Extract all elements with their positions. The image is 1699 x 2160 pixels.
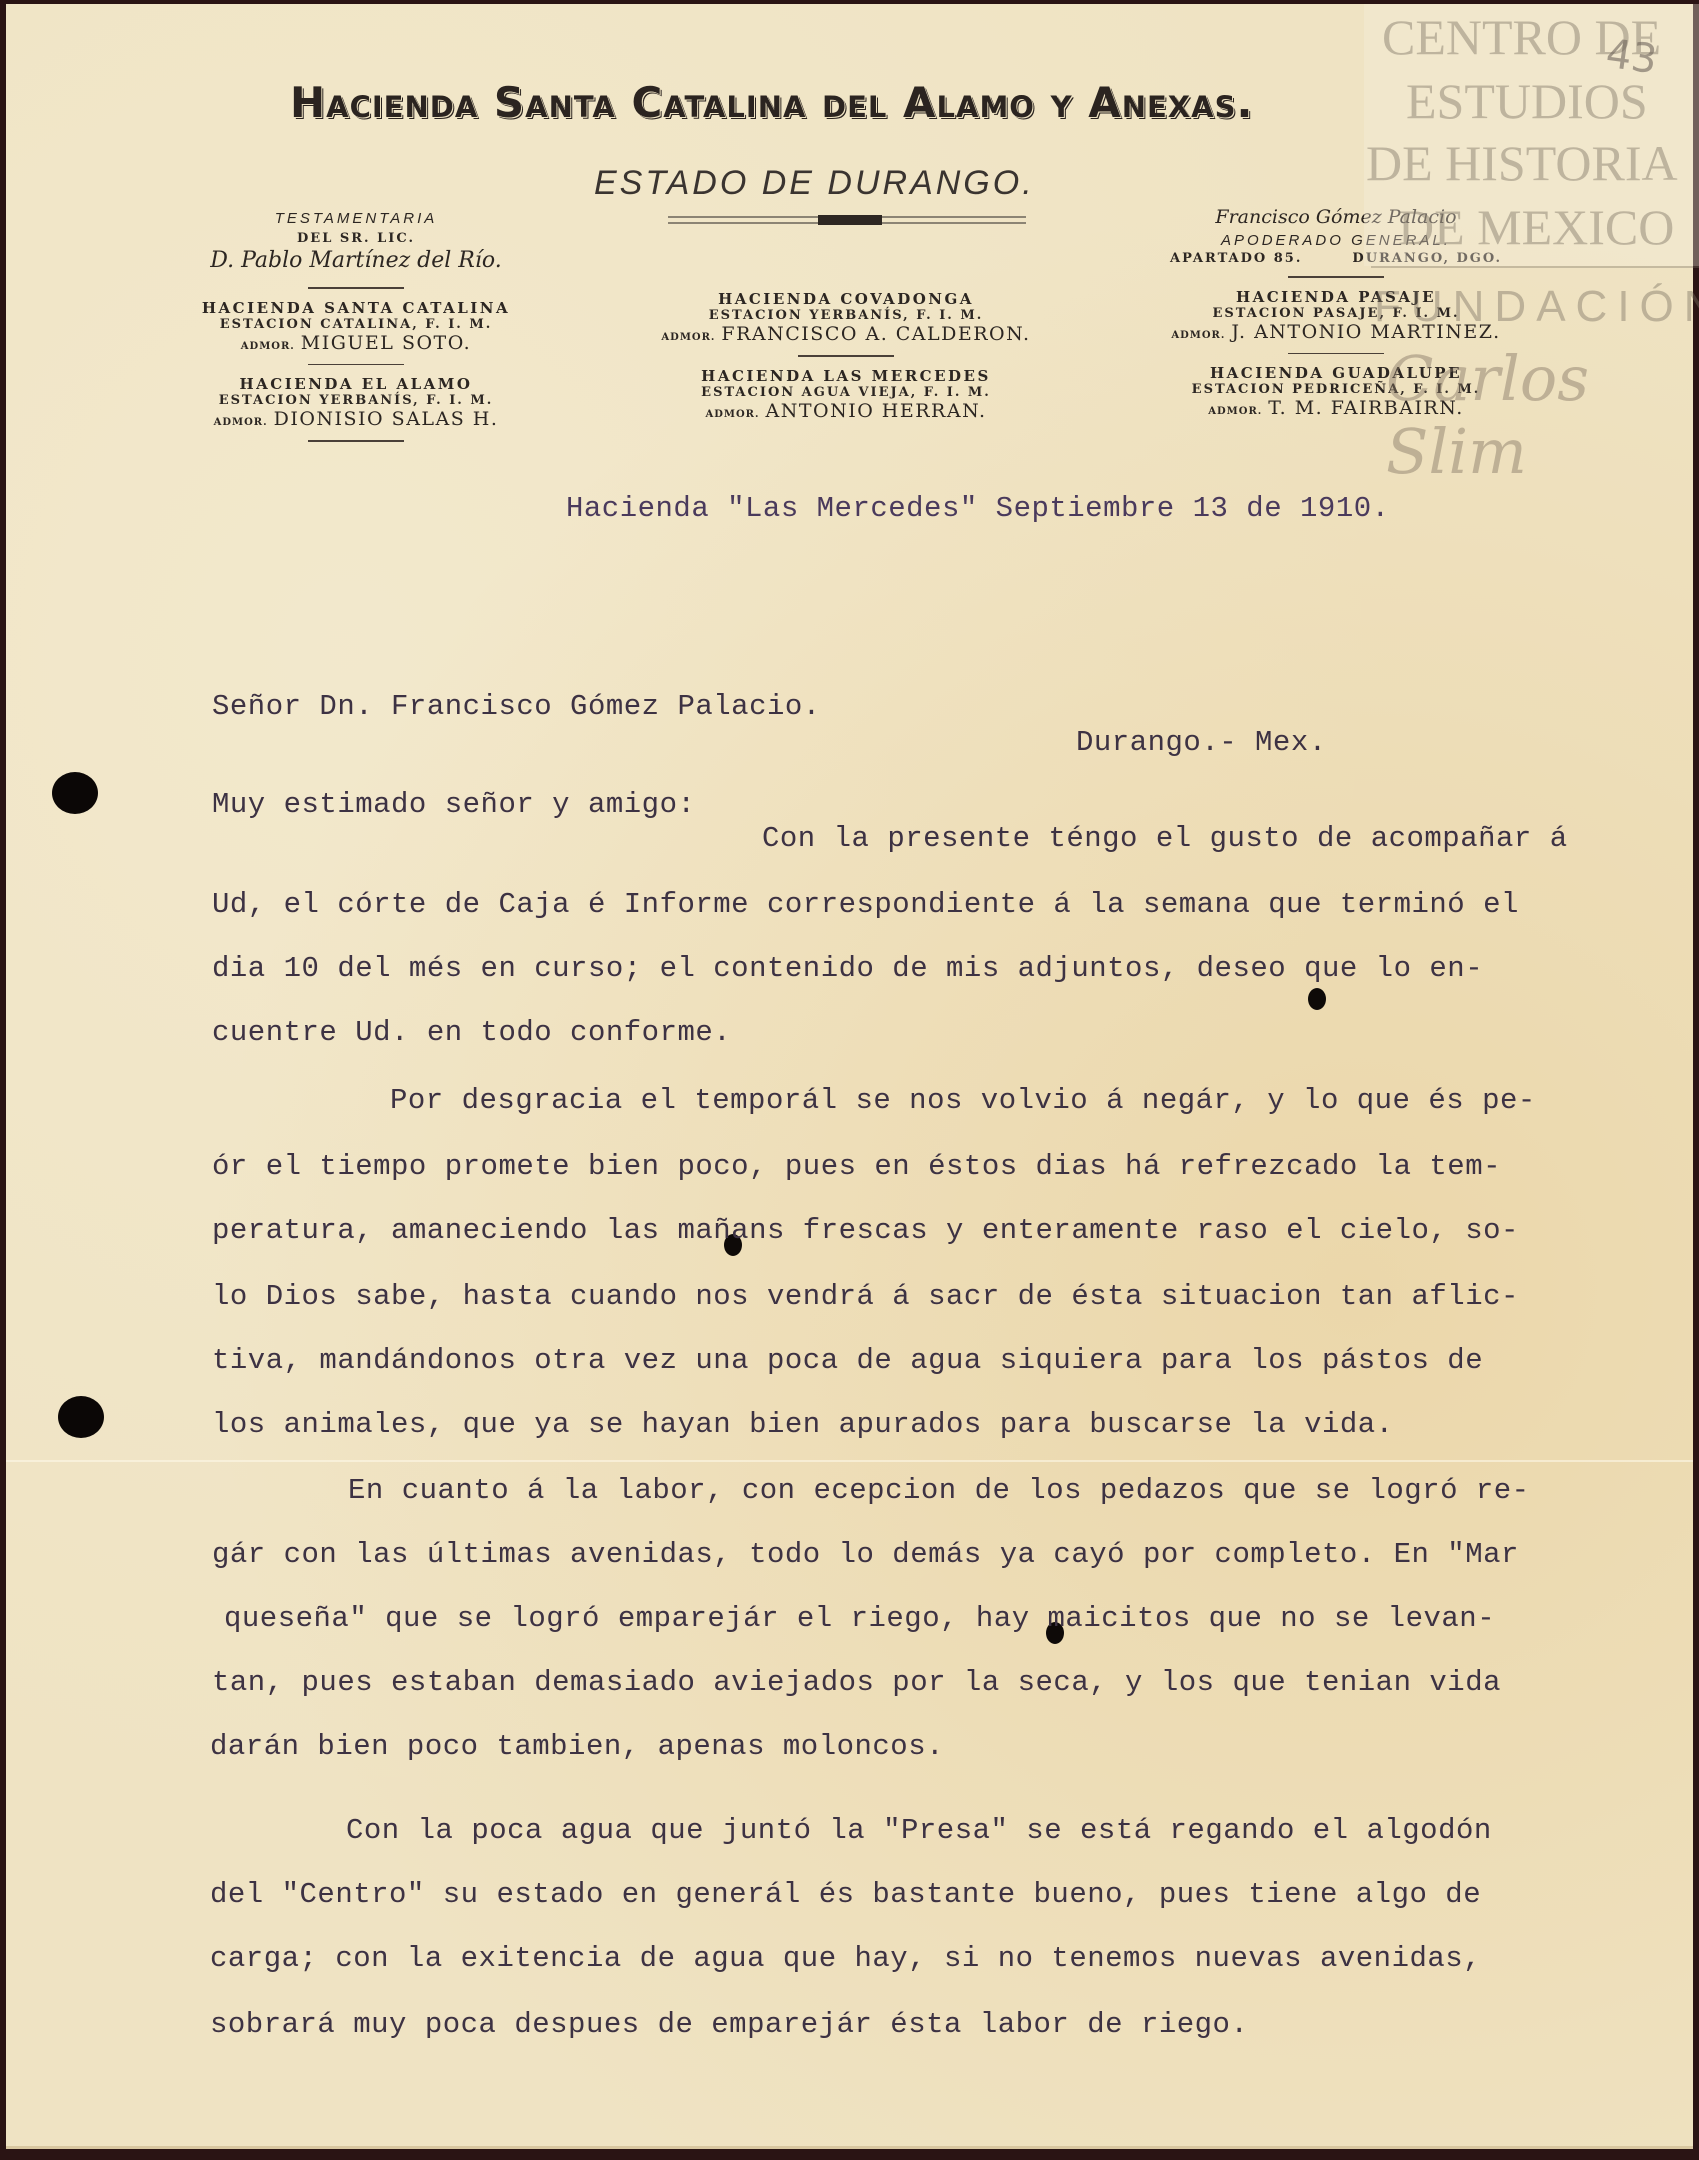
body-line: Con la poca agua que juntó la "Presa" se…: [346, 1814, 1492, 1847]
recipient-city: Durango.- Mex.: [1076, 726, 1327, 759]
body-line: sobrará muy poca despues de emparejár és…: [210, 2008, 1248, 2041]
hacienda-name: HACIENDA SANTA CATALINA: [176, 299, 536, 317]
body-line: gár con las últimas avenidas, todo lo de…: [212, 1538, 1519, 1571]
hacienda-admin: ADMOR.MIGUEL SOTO.: [176, 332, 536, 354]
recipient-name: Señor Dn. Francisco Gómez Palacio.: [212, 690, 821, 723]
letterhead-title: Hacienda Santa Catalina del Alamo y Anex…: [290, 78, 1410, 127]
testamentaria-subheading: DEL SR. LIC.: [176, 231, 536, 246]
watermark-line: DE MEXICO: [1398, 198, 1674, 256]
hacienda-name: HACIENDA EL ALAMO: [176, 375, 536, 393]
handwritten-page-number: 43: [1603, 31, 1660, 84]
punch-hole: [52, 772, 98, 814]
punch-hole: [58, 1396, 104, 1438]
body-line: ór el tiempo promete bien poco, pues en …: [212, 1150, 1501, 1183]
ink-spot: [1308, 988, 1326, 1010]
letterhead-state: ESTADO DE DURANGO.: [594, 164, 1035, 203]
body-line: lo Dios sabe, hasta cuando nos vendrá á …: [212, 1280, 1519, 1313]
divider: [1288, 353, 1384, 355]
divider: [308, 440, 404, 442]
watermark-rule: [1371, 266, 1699, 268]
hacienda-station: ESTACION YERBANÍS, F. I. M.: [616, 308, 1076, 323]
letter-page: Hacienda Santa Catalina del Alamo y Anex…: [6, 4, 1693, 2149]
po-box: APARTADO 85.: [1170, 251, 1302, 266]
body-line: carga; con la exitencia de agua que hay,…: [210, 1942, 1481, 1975]
divider: [308, 287, 404, 289]
body-line: tan, pues estaban demasiado aviejados po…: [212, 1666, 1501, 1699]
body-line: los animales, que ya se hayan bien apura…: [212, 1408, 1394, 1441]
hacienda-name: HACIENDA COVADONGA: [616, 290, 1076, 308]
watermark-line: DE HISTORIA: [1366, 134, 1678, 192]
body-line: Ud, el córte de Caja é Informe correspon…: [212, 888, 1519, 921]
letterhead-center-column: HACIENDA COVADONGA ESTACION YERBANÍS, F.…: [616, 290, 1076, 422]
salutation: Muy estimado señor y amigo:: [212, 788, 695, 821]
place-date: Hacienda "Las Mercedes" Septiembre 13 de…: [566, 492, 1390, 525]
divider: [1288, 276, 1384, 278]
watermark-line: ESTUDIOS: [1406, 72, 1648, 130]
hacienda-station: ESTACION YERBANÍS, F. I. M.: [176, 393, 536, 408]
testamentaria-name: D. Pablo Martínez del Río.: [176, 248, 536, 273]
hacienda-station: ESTACION AGUA VIEJA, F. I. M.: [616, 385, 1076, 400]
divider: [798, 355, 894, 357]
paper-fold: [6, 1460, 1693, 1462]
body-line: Por desgracia el temporál se nos volvio …: [390, 1084, 1536, 1117]
hacienda-admin: ADMOR.DIONISIO SALAS H.: [176, 408, 536, 430]
body-line: queseña" que se logró emparejár el riego…: [224, 1602, 1495, 1635]
watermark-signature: Carlos Slim: [1386, 342, 1693, 488]
hacienda-station: ESTACION CATALINA, F. I. M.: [176, 317, 536, 332]
body-line: tiva, mandándonos otra vez una poca de a…: [212, 1344, 1483, 1377]
letterhead-left-column: TESTAMENTARIA DEL SR. LIC. D. Pablo Mart…: [176, 210, 536, 452]
body-line: cuentre Ud. en todo conforme.: [212, 1016, 731, 1049]
hacienda-admin: ADMOR.ANTONIO HERRAN.: [616, 400, 1076, 422]
divider: [308, 364, 404, 366]
hacienda-admin: ADMOR.FRANCISCO A. CALDERON.: [616, 323, 1076, 345]
ornamental-rule: [668, 216, 1026, 228]
hacienda-name: HACIENDA LAS MERCEDES: [616, 367, 1076, 385]
body-line: En cuanto á la labor, con ecepcion de lo…: [348, 1474, 1530, 1507]
testamentaria-heading: TESTAMENTARIA: [176, 210, 536, 227]
body-line: dia 10 del més en curso; el contenido de…: [212, 952, 1483, 985]
body-line: Con la presente téngo el gusto de acompa…: [762, 822, 1568, 855]
body-line: del "Centro" su estado en generál és bas…: [210, 1878, 1481, 1911]
body-line: peratura, amaneciendo las mañans frescas…: [212, 1214, 1519, 1247]
watermark-foundation: FUNDACIÓN: [1374, 282, 1699, 332]
body-line: darán bien poco tambien, apenas moloncos…: [210, 1730, 944, 1763]
